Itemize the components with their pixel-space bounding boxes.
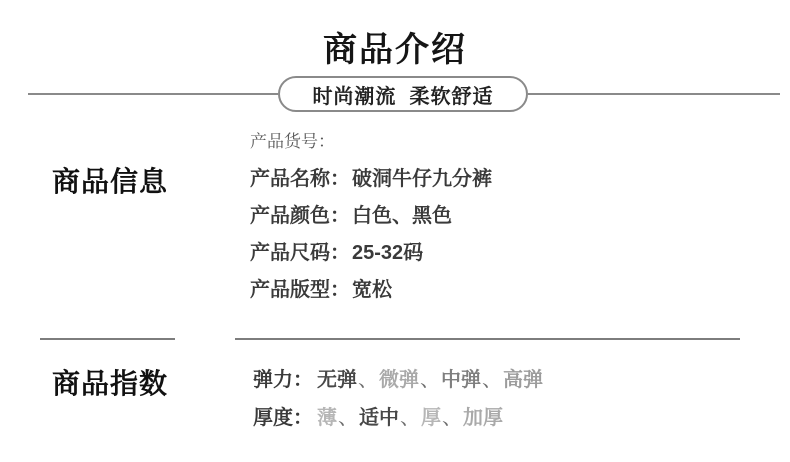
index-option: 微弹 bbox=[379, 369, 419, 391]
index-option: 厚 bbox=[421, 407, 441, 429]
index-label: 弹力： bbox=[253, 369, 313, 391]
index-option: 适中 bbox=[359, 407, 399, 429]
index-option: 加厚 bbox=[463, 407, 503, 429]
page-title: 商品介绍 bbox=[0, 22, 790, 71]
info-label: 产品货号： bbox=[250, 132, 335, 151]
info-label: 产品尺码： bbox=[250, 242, 350, 264]
info-value: 25-32码 bbox=[352, 242, 423, 264]
info-value: 白色、黑色 bbox=[352, 205, 452, 227]
index-option: 高弹 bbox=[503, 369, 543, 391]
index-options-thickness: 薄、适中、厚、加厚 bbox=[317, 407, 503, 429]
index-option: 薄 bbox=[317, 407, 337, 429]
index-options-elasticity: 无弹、微弹、中弹、高弹 bbox=[317, 369, 543, 391]
option-separator: 、 bbox=[482, 369, 502, 391]
info-row-product-color: 产品颜色：白色、黑色 bbox=[250, 204, 492, 228]
index-row-thickness: 厚度：薄、适中、厚、加厚 bbox=[253, 406, 543, 430]
index-row-elasticity: 弹力：无弹、微弹、中弹、高弹 bbox=[253, 368, 543, 392]
option-separator: 、 bbox=[338, 407, 358, 429]
option-separator: 、 bbox=[358, 369, 378, 391]
index-option: 无弹 bbox=[317, 369, 357, 391]
section-heading-product-index: 商品指数 bbox=[52, 362, 168, 402]
info-label: 产品颜色： bbox=[250, 205, 350, 227]
section-divider-right-segment bbox=[235, 338, 740, 340]
info-label: 产品名称： bbox=[250, 168, 350, 190]
product-index-list: 弹力：无弹、微弹、中弹、高弹 厚度：薄、适中、厚、加厚 bbox=[253, 368, 543, 444]
info-row-product-name: 产品名称：破洞牛仔九分裤 bbox=[250, 167, 492, 191]
option-separator: 、 bbox=[442, 407, 462, 429]
option-separator: 、 bbox=[420, 369, 440, 391]
section-heading-product-info: 商品信息 bbox=[52, 160, 168, 200]
product-intro-page: 商品介绍 时尚潮流 柔软舒适 商品信息 产品货号： 产品名称：破洞牛仔九分裤 产… bbox=[0, 0, 790, 462]
tagline-pill: 时尚潮流 柔软舒适 bbox=[278, 76, 528, 112]
index-option: 中弹 bbox=[441, 369, 481, 391]
info-row-product-size: 产品尺码：25-32码 bbox=[250, 241, 492, 265]
banner-right-line bbox=[528, 93, 780, 95]
banner-left-line bbox=[28, 93, 278, 95]
info-value: 破洞牛仔九分裤 bbox=[352, 168, 492, 190]
tagline-banner: 时尚潮流 柔软舒适 bbox=[28, 76, 780, 112]
section-divider-left-segment bbox=[40, 338, 175, 340]
index-label: 厚度： bbox=[253, 407, 313, 429]
option-separator: 、 bbox=[400, 407, 420, 429]
info-label: 产品版型： bbox=[250, 279, 350, 301]
info-value: 宽松 bbox=[352, 279, 392, 301]
product-info-list: 产品货号： 产品名称：破洞牛仔九分裤 产品颜色：白色、黑色 产品尺码：25-32… bbox=[250, 130, 492, 315]
tagline-text: 时尚潮流 柔软舒适 bbox=[312, 80, 493, 109]
info-row-product-fit: 产品版型：宽松 bbox=[250, 278, 492, 302]
info-row-item-number: 产品货号： bbox=[250, 130, 492, 154]
